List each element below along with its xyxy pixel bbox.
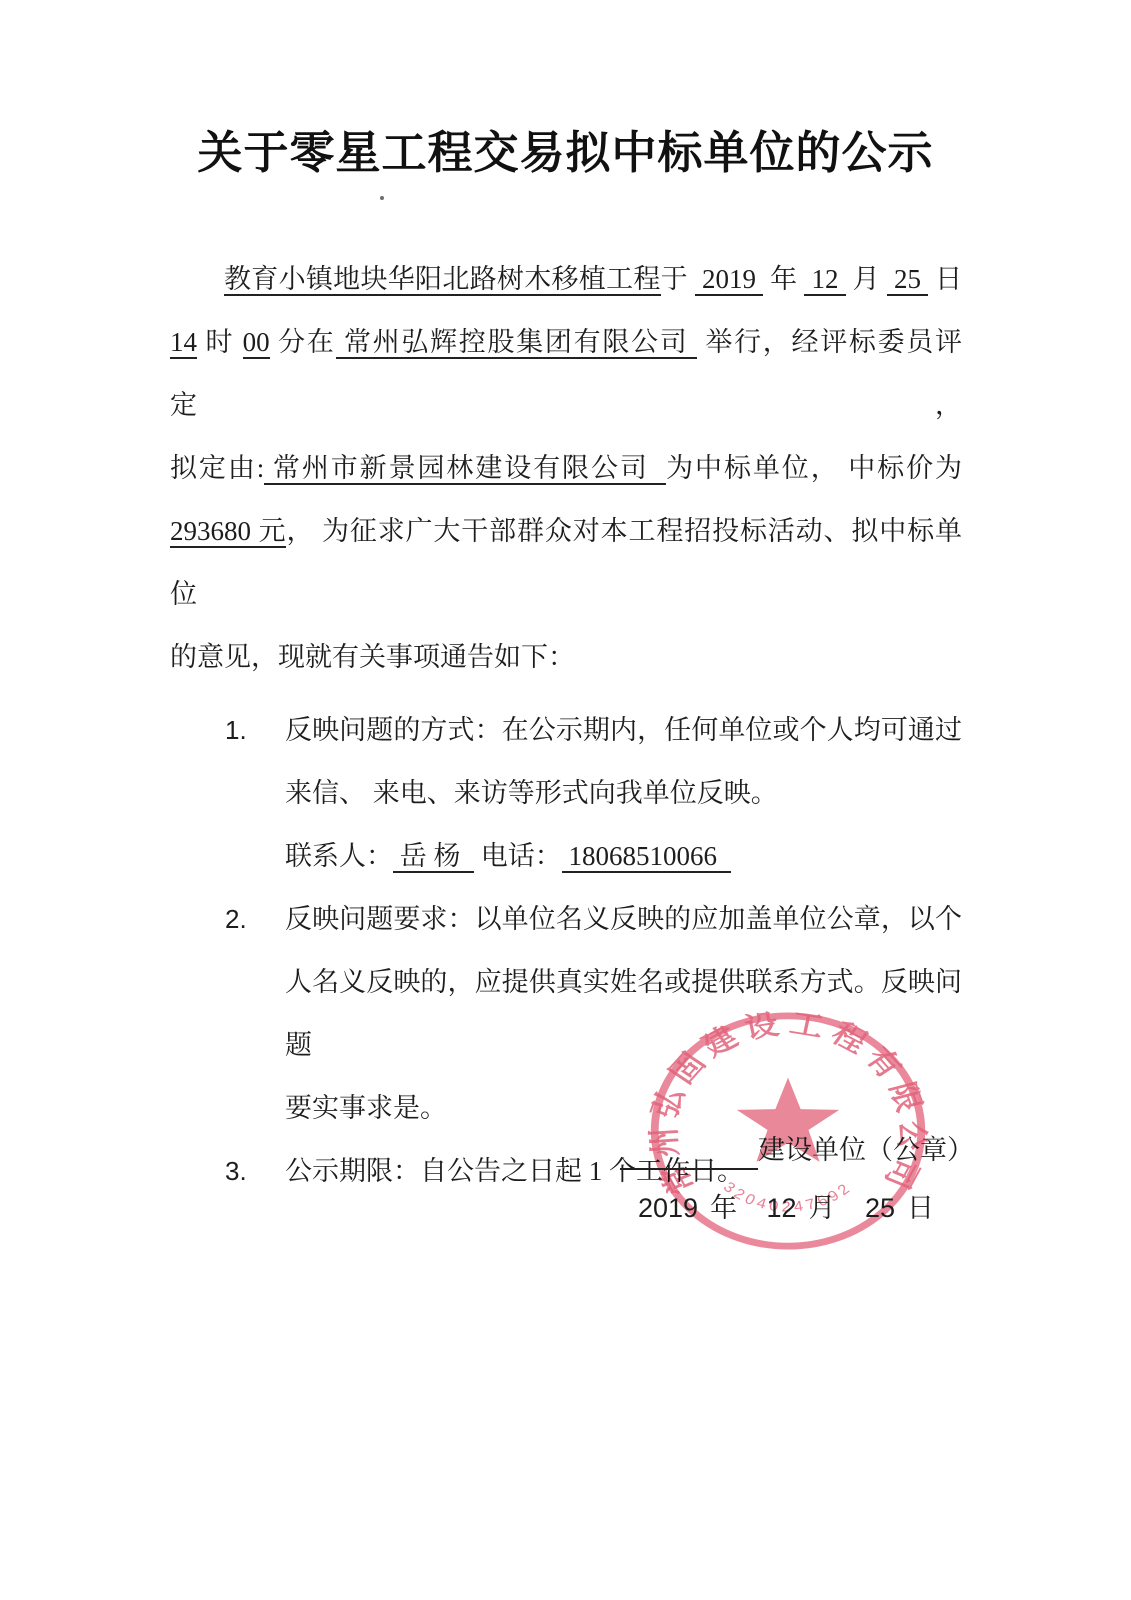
text-segment: 拟定由:	[170, 453, 264, 483]
page-title: 关于零星工程交易拟中标单位的公示	[0, 116, 1131, 181]
text-segment: ， 为征求广大干部群众对本工程招投标活动、拟中标单位	[170, 516, 962, 609]
intro-paragraph: 教育小镇地块华阳北路树木移植工程于 2019 年 12 月 25 日14 时 0…	[170, 248, 962, 689]
underlined-field: 教育小镇地块华阳北路树木移植工程	[224, 264, 661, 296]
underlined-field: 18068510066	[562, 841, 731, 873]
text-segment: 电话：	[474, 841, 562, 871]
text-segment: 月	[846, 264, 887, 294]
text-segment: 公示期限：自公告之日起 1 个工作日。	[285, 1156, 744, 1186]
underlined-field: 293680 元	[170, 516, 286, 548]
text-segment: 分在	[270, 327, 336, 357]
underlined-field: 14	[170, 327, 197, 359]
underlined-field: 岳 杨	[393, 841, 474, 873]
document-body: 教育小镇地块华阳北路树木移植工程于 2019 年 12 月 25 日14 时 0…	[170, 248, 962, 1203]
text-segment: 为中标单位， 中标价为	[666, 453, 962, 483]
text-segment: 的意见，现就有关事项通告如下：	[170, 642, 575, 672]
text-segment: 反映问题要求：以单位名义反映的应加盖单位公章，以个	[285, 904, 962, 934]
text-line: 联系人： 岳 杨 电话： 18068510066	[285, 825, 962, 888]
list-item-number: 2.	[225, 888, 247, 951]
text-segment: 联系人：	[285, 841, 393, 871]
text-line: 反映问题要求：以单位名义反映的应加盖单位公章，以个	[285, 888, 962, 951]
text-segment: 于	[661, 264, 695, 294]
text-line: 拟定由: 常州市新景园林建设有限公司 为中标单位， 中标价为	[170, 437, 962, 500]
text-segment: 时	[197, 327, 243, 357]
text-line: 要实事求是。	[285, 1077, 962, 1140]
text-segment: 来信、 来电、来访等形式向我单位反映。	[285, 778, 778, 808]
list-item: 3.公示期限：自公告之日起 1 个工作日。	[170, 1140, 962, 1203]
text-line: 的意见，现就有关事项通告如下：	[170, 626, 962, 689]
text-segment: 要实事求是。	[285, 1093, 447, 1123]
text-line: 293680 元， 为征求广大干部群众对本工程招投标活动、拟中标单位	[170, 500, 962, 626]
underlined-field: 25	[887, 264, 928, 296]
scan-artifact-dot	[380, 196, 384, 200]
text-line: 教育小镇地块华阳北路树木移植工程于 2019 年 12 月 25 日	[170, 248, 962, 311]
underlined-field: 00	[243, 327, 270, 359]
text-segment: 年	[763, 264, 804, 294]
underlined-field: 2019	[695, 264, 763, 296]
text-line: 来信、 来电、来访等形式向我单位反映。	[285, 762, 962, 825]
list-item-number: 1.	[225, 699, 247, 762]
text-segment: 反映问题的方式：在公示期内，任何单位或个人均可通过	[285, 715, 962, 745]
underlined-field: 常州弘辉控股集团有限公司	[336, 327, 697, 359]
text-line: 14 时 00 分在 常州弘辉控股集团有限公司 举行，经评标委员评定，	[170, 311, 962, 437]
list-item: 2.反映问题要求：以单位名义反映的应加盖单位公章，以个人名义反映的，应提供真实姓…	[170, 888, 962, 1140]
text-line: 人名义反映的，应提供真实姓名或提供联系方式。反映问题	[285, 951, 962, 1077]
text-line: 反映问题的方式：在公示期内，任何单位或个人均可通过	[285, 699, 962, 762]
text-segment: 日	[928, 264, 962, 294]
underlined-field: 12	[804, 264, 845, 296]
document-page: 关于零星工程交易拟中标单位的公示 教育小镇地块华阳北路树木移植工程于 2019 …	[0, 0, 1131, 1600]
text-line: 公示期限：自公告之日起 1 个工作日。	[285, 1140, 962, 1203]
notice-list: 1.反映问题的方式：在公示期内，任何单位或个人均可通过来信、 来电、来访等形式向…	[170, 699, 962, 1203]
underlined-field: 常州市新景园林建设有限公司	[264, 453, 666, 485]
list-item-number: 3.	[225, 1140, 247, 1203]
list-item: 1.反映问题的方式：在公示期内，任何单位或个人均可通过来信、 来电、来访等形式向…	[170, 699, 962, 888]
text-segment: 人名义反映的，应提供真实姓名或提供联系方式。反映问题	[285, 967, 962, 1060]
